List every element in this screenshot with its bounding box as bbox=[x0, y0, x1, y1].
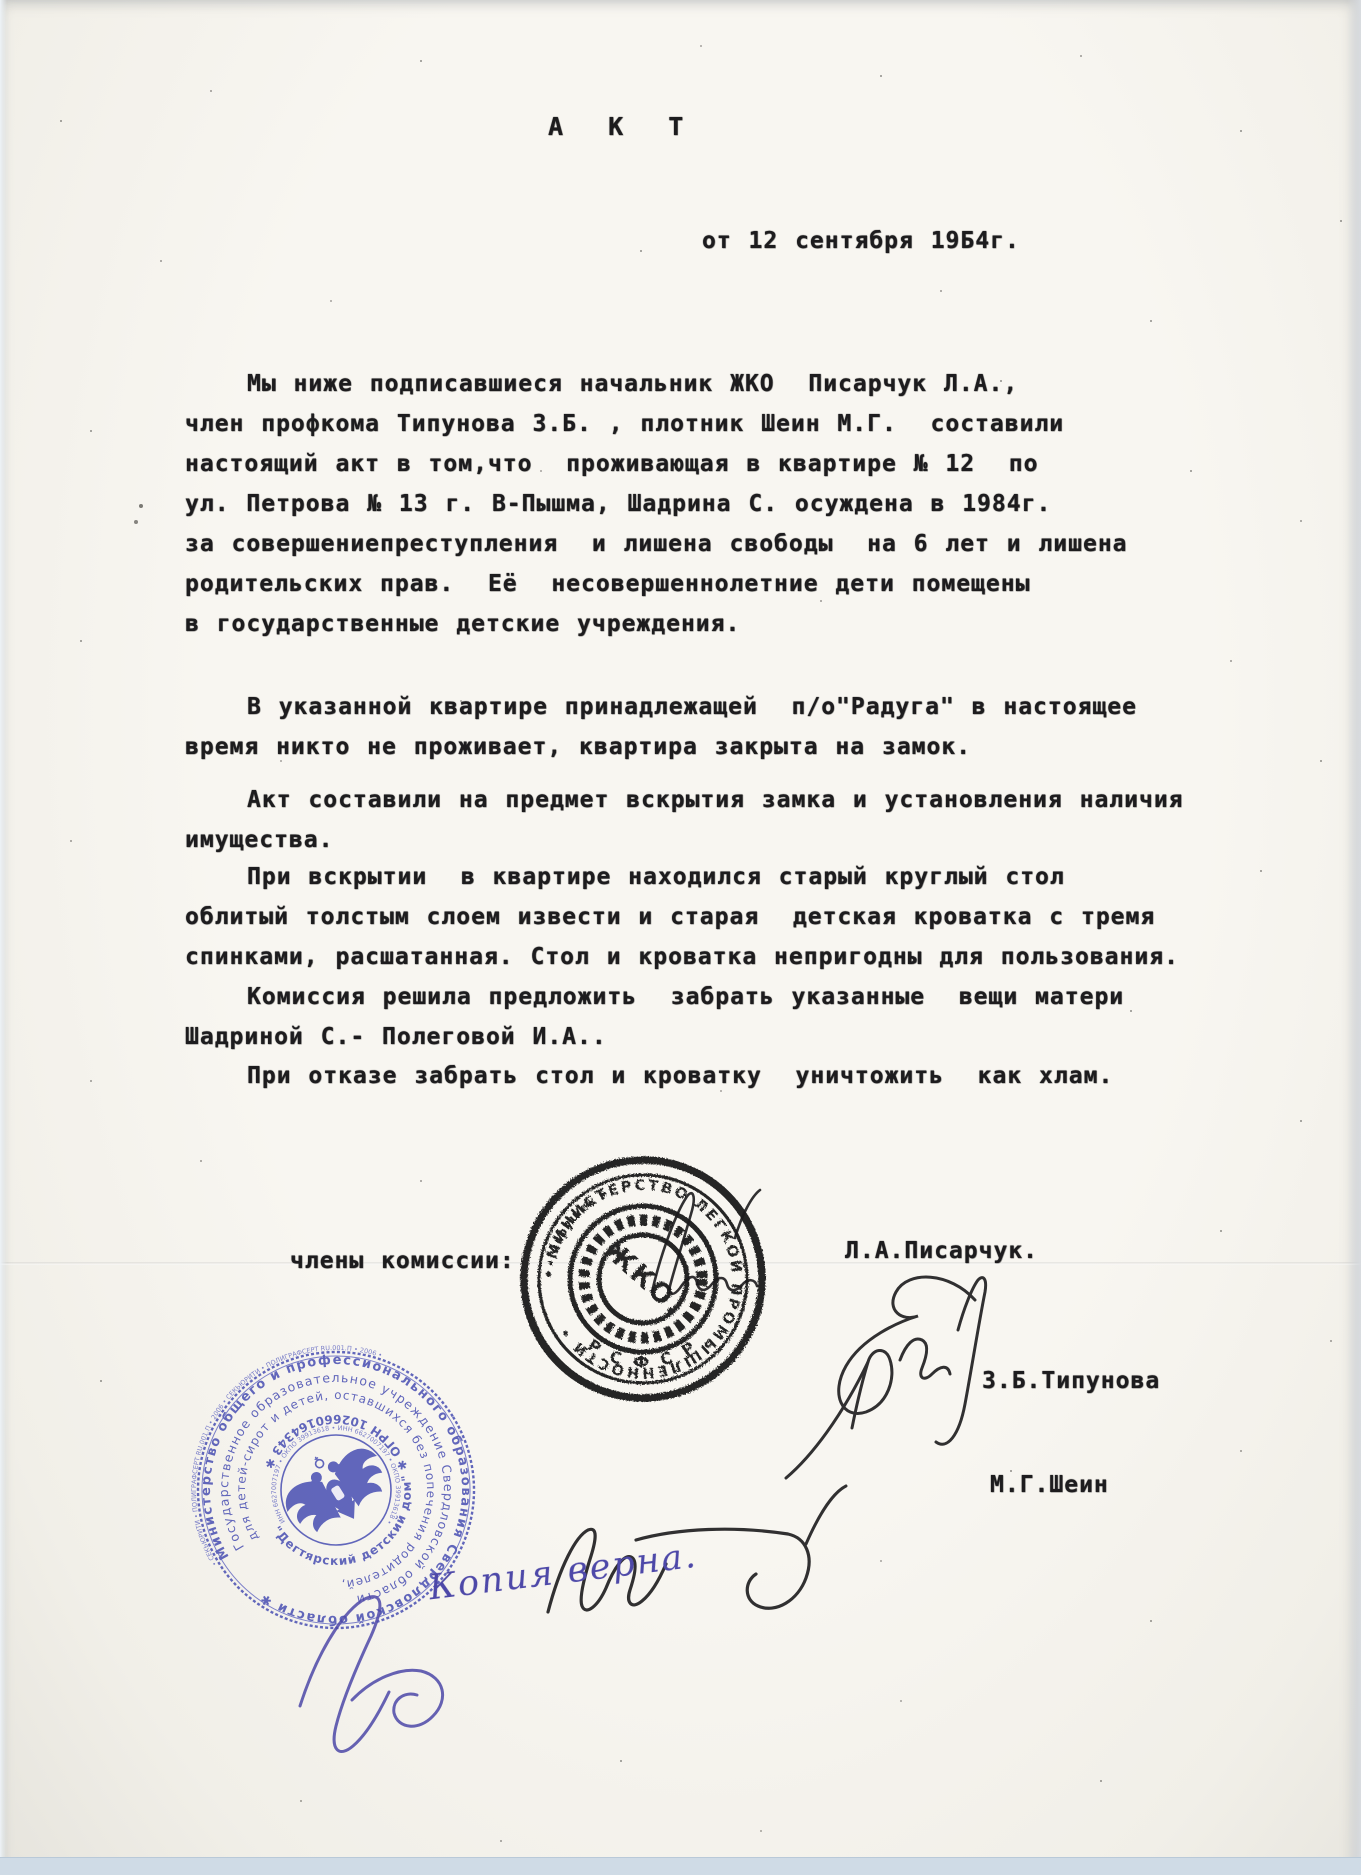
paragraph: Комиссия решила предложить забрать указа… bbox=[185, 977, 1124, 1057]
document-line: член профкома Типунова З.Б. , плотник Ше… bbox=[185, 404, 1128, 444]
document-date: от 12 сентября 19Б4г. bbox=[702, 228, 1020, 254]
double-eagle-icon bbox=[271, 1429, 398, 1546]
stamp-ring-text: • МИНИСТЕРСТВО ЛЕГКОЙ ПРОМЫШЛЕННОСТИ • bbox=[542, 1178, 745, 1380]
stamp-micro-text: ИНН 6627007197 • ОКПО 39913618 • ИНН 662… bbox=[245, 1399, 424, 1576]
document-line: спинками, расшатанная. Стол и кроватка н… bbox=[185, 937, 1179, 977]
paper-fold-crease bbox=[0, 1262, 1361, 1265]
svg-text:"Дегтярский детский дом" ✱: "Дегтярский детский дом" ✱ ОГРН 10266016… bbox=[228, 1382, 443, 1597]
document-title: А К Т bbox=[548, 112, 697, 141]
paragraph: В указанной квартире принадлежащей п/о"Р… bbox=[185, 687, 1137, 767]
signature-stroke bbox=[300, 1597, 389, 1752]
paragraph: Мы ниже подписавшиеся начальник ЖКО Писа… bbox=[185, 364, 1128, 644]
svg-text:Р С Ф С Р: Р С Ф С Р bbox=[584, 1335, 701, 1371]
document-line: Акт составили на предмет вскрытия замка … bbox=[185, 780, 1184, 820]
stamp-ring-text: • игрушек • bbox=[530, 1185, 623, 1270]
scanned-document-page: А К Т от 12 сентября 19Б4г. Мы ниже подп… bbox=[0, 0, 1361, 1875]
svg-text:• СЕКЬЮРИТИ • ПОЛИГРАФСЕРТ RU.: • СЕКЬЮРИТИ • ПОЛИГРАФСЕРТ RU.001.П • 20… bbox=[186, 1340, 432, 1567]
document-line: При вскрытии в квартире находился старый… bbox=[185, 857, 1179, 897]
signatory-tipunova: З.Б.Типунова bbox=[982, 1368, 1160, 1394]
stamp-ring-text: Р С Ф С Р bbox=[584, 1335, 701, 1371]
paragraph: При отказе забрать стол и кроватку уничт… bbox=[185, 1056, 1113, 1096]
scan-edge-left bbox=[0, 0, 7, 1875]
signature-stroke bbox=[806, 1486, 846, 1544]
signature-stroke bbox=[735, 1190, 760, 1238]
scan-edge-bottom bbox=[0, 1857, 1361, 1875]
signature-stroke bbox=[786, 1362, 868, 1478]
signature-stroke bbox=[352, 1670, 443, 1726]
document-line: Шадриной С.- Полеговой И.А.. bbox=[185, 1017, 1124, 1057]
signature-stroke bbox=[936, 1278, 986, 1445]
document-line: При отказе забрать стол и кроватку уничт… bbox=[185, 1056, 1113, 1096]
document-line: настоящий акт в том,что проживающая в кв… bbox=[185, 444, 1128, 484]
document-line: в государственные детские учреждения. bbox=[185, 604, 1128, 644]
black-seal-stamp: • МИНИСТЕРСТВО ЛЕГКОЙ ПРОМЫШЛЕННОСТИ • Р… bbox=[516, 1152, 770, 1406]
document-line: за совершениепреступления и лишена свобо… bbox=[185, 524, 1128, 564]
svg-text:• МИНИСТЕРСТВО ЛЕГКОЙ ПРОМЫШЛЕ: • МИНИСТЕРСТВО ЛЕГКОЙ ПРОМЫШЛЕННОСТИ • bbox=[542, 1178, 745, 1380]
stamp-ring-text: "Дегтярский детский дом" ✱ ОГРН 10266016… bbox=[228, 1382, 443, 1597]
svg-text:• игрушек •: • игрушек • bbox=[530, 1185, 623, 1270]
signatory-shein: М.Г.Шеин bbox=[990, 1472, 1109, 1498]
stamp-center-text: ЖКО. bbox=[597, 1235, 689, 1323]
document-line: облитый толстым слоем извести и старая д… bbox=[185, 897, 1179, 937]
scan-edge-right bbox=[1347, 0, 1361, 1875]
document-line: родительских прав. Её несовершеннолетние… bbox=[185, 564, 1128, 604]
document-line: ул. Петрова № 13 г. В-Пышма, Шадрина С. … bbox=[185, 484, 1128, 524]
stamp-micro-text: • СЕКЬЮРИТИ • ПОЛИГРАФСЕРТ RU.001.П • 20… bbox=[186, 1340, 432, 1567]
copy-note-handwriting: Копия верна. bbox=[427, 1536, 700, 1609]
document-line: Мы ниже подписавшиеся начальник ЖКО Писа… bbox=[185, 364, 1128, 404]
document-line: имущества. bbox=[185, 820, 1184, 860]
document-line: Комиссия решила предложить забрать указа… bbox=[185, 977, 1124, 1017]
paragraph: При вскрытии в квартире находился старый… bbox=[185, 857, 1179, 977]
paragraph: Акт составили на предмет вскрытия замка … bbox=[185, 780, 1184, 860]
document-line: время никто не проживает, квартира закры… bbox=[185, 727, 1137, 767]
signature-stroke bbox=[839, 1277, 975, 1428]
commission-members-label: члены комиссии: bbox=[290, 1248, 515, 1274]
signature-stroke bbox=[900, 1339, 950, 1378]
signatory-pisarchuk: Л.А.Писарчук. bbox=[845, 1238, 1038, 1264]
svg-text:ИНН 6627007197 • ОКПО 39913618: ИНН 6627007197 • ОКПО 39913618 • ИНН 662… bbox=[245, 1399, 424, 1576]
signature-stroke bbox=[652, 1193, 757, 1294]
document-line: В указанной квартире принадлежащей п/о"Р… bbox=[185, 687, 1137, 727]
